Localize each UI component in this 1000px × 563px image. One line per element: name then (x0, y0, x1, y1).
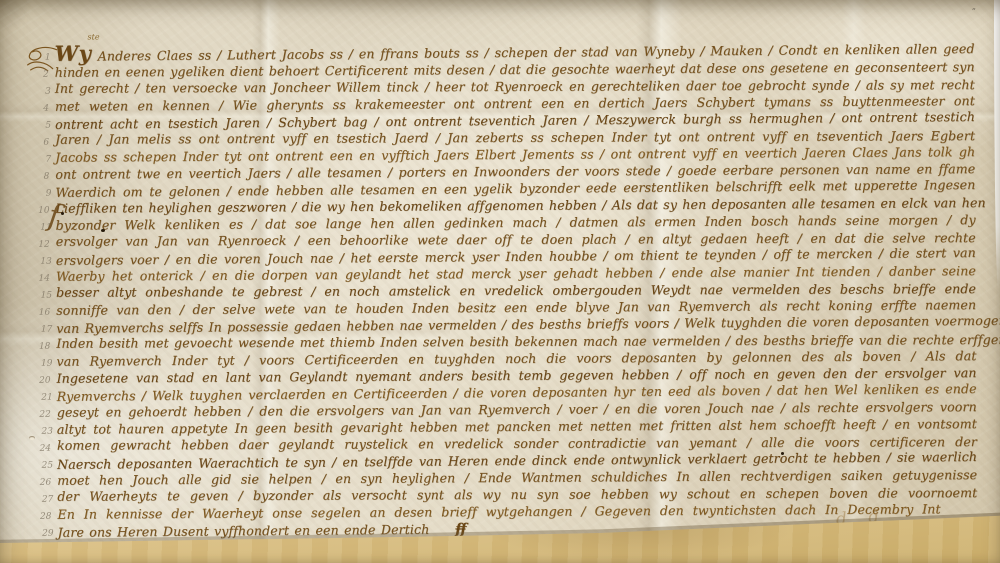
margin-line-number: 8 (27, 169, 49, 186)
archival-corner-mark: „ (972, 2, 976, 11)
margin-line-number: 16 (28, 305, 50, 322)
margin-line-number: 20 (29, 373, 51, 390)
margin-line-number: 28 (29, 509, 51, 526)
parchment-sheet: ste 123456789101112131415161718192021222… (0, 0, 1000, 563)
margin-line-number: 15 (30, 288, 52, 305)
parchment-hole (29, 436, 35, 440)
margin-line-number: 2 (27, 67, 49, 84)
margin-line-number: 22 (29, 407, 51, 424)
ink-speck (101, 229, 105, 232)
margin-line-number: 17 (30, 322, 52, 339)
margin-line-number: 4 (27, 101, 49, 118)
manuscript-text: Wy Anderes Claes ss / Luthert Jacobs ss … (55, 38, 978, 541)
margin-line-number: 7 (29, 152, 51, 169)
margin-line-number: 29 (31, 526, 53, 543)
margin-line-number: 18 (28, 339, 50, 356)
margin-line-number: 6 (27, 135, 49, 152)
margin-line-number: 10 (28, 203, 50, 220)
margin-line-number: 14 (28, 271, 50, 288)
margin-line-number: 13 (30, 254, 52, 271)
margin-line-number: 1 (29, 50, 51, 67)
handwritten-text-block: ste 123456789101112131415161718192021222… (0, 0, 1000, 563)
ink-speck (781, 452, 784, 455)
margin-line-number: 26 (29, 475, 51, 492)
margin-line-number: 27 (31, 492, 53, 509)
manuscript-photo: ste 123456789101112131415161718192021222… (0, 0, 1000, 563)
margin-line-number: 3 (29, 84, 51, 101)
margin-line-number: 21 (31, 390, 53, 407)
ink-speck (61, 212, 64, 215)
margin-line-number: 9 (29, 186, 51, 203)
margin-line-number: 24 (29, 441, 51, 458)
margin-line-number: 12 (28, 237, 50, 254)
illuminated-initial: Wy (54, 41, 92, 66)
margin-line-number: 25 (31, 458, 53, 475)
margin-line-number: 5 (29, 118, 51, 135)
margin-line-numbers: 1234567891011121314151617181920212223242… (29, 50, 54, 543)
margin-line-number: 19 (30, 356, 52, 373)
